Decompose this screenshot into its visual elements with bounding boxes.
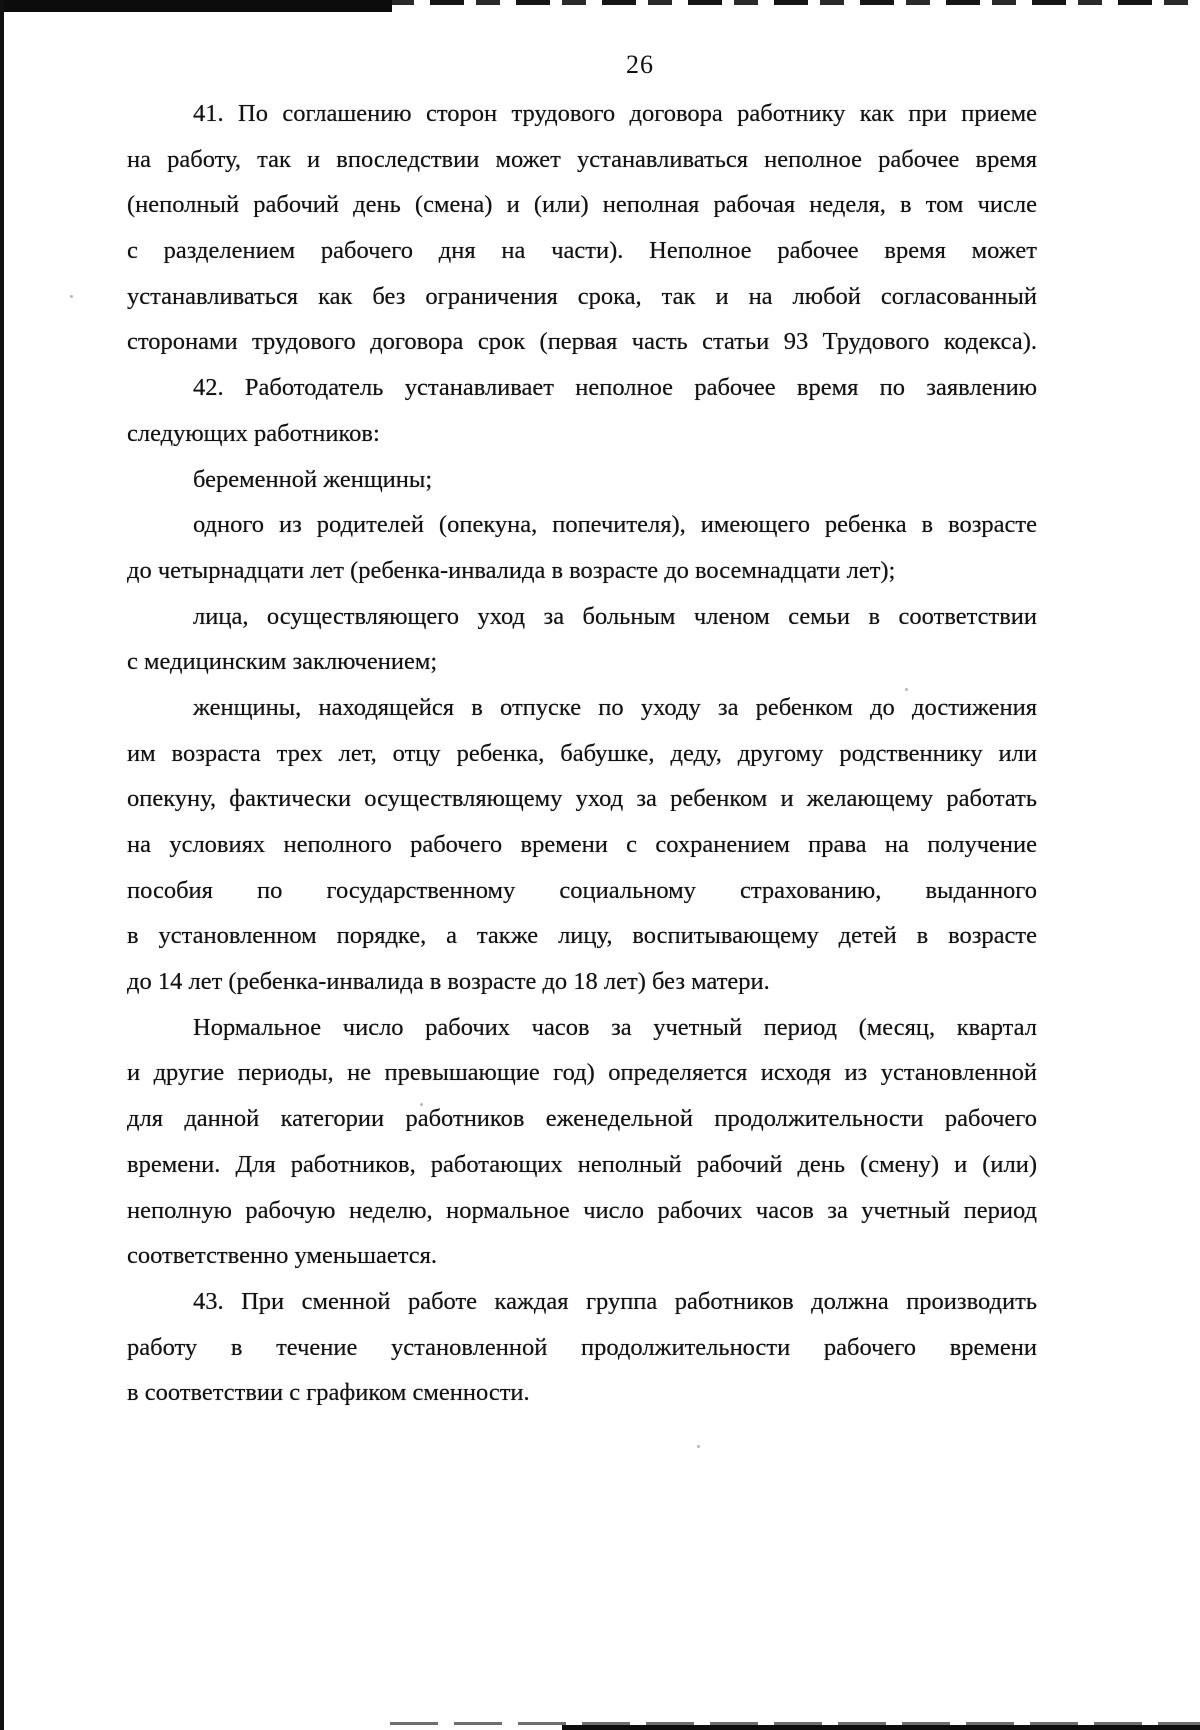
page-number: 26	[0, 50, 1200, 80]
paragraph: 42. Работодатель устанавливает неполное …	[127, 365, 1037, 456]
scan-artifact-top-dashes	[0, 0, 1200, 5]
text-line: следующих работников:	[127, 411, 1037, 457]
scan-speck	[70, 295, 73, 298]
text-line: до четырнадцати лет (ребенка-инвалида в …	[127, 548, 1037, 594]
text-line: женщины, находящейся в отпуске по уходу …	[127, 685, 1037, 731]
text-line: на условиях неполного рабочего времени с…	[127, 822, 1037, 868]
scan-artifact-top-bar	[0, 0, 392, 12]
text-line: одного из родителей (опекуна, попечителя…	[127, 502, 1037, 548]
text-line: (неполный рабочий день (смена) и (или) н…	[127, 182, 1037, 228]
scan-artifact-bottom-black-line	[562, 1725, 1200, 1730]
text-line: 41. По соглашению сторон трудового догов…	[127, 91, 1037, 137]
text-line: соответственно уменьшается.	[127, 1233, 1037, 1279]
text-line: беременной женщины;	[127, 457, 1037, 503]
paragraph: Нормальное число рабочих часов за учетны…	[127, 1005, 1037, 1279]
text-line: времени. Для работников, работающих непо…	[127, 1142, 1037, 1188]
paragraph: одного из родителей (опекуна, попечителя…	[127, 502, 1037, 593]
text-line: лица, осуществляющего уход за больным чл…	[127, 594, 1037, 640]
paragraph: женщины, находящейся в отпуске по уходу …	[127, 685, 1037, 1005]
text-line: 43. При сменной работе каждая группа раб…	[127, 1279, 1037, 1325]
paragraph: беременной женщины;	[127, 457, 1037, 503]
text-line: 42. Работодатель устанавливает неполное …	[127, 365, 1037, 411]
text-line: с медицинским заключением;	[127, 639, 1037, 685]
text-line: на работу, так и впоследствии может уста…	[127, 137, 1037, 183]
scan-artifact-bottom-gray-line	[390, 1722, 1200, 1725]
paragraph: 41. По соглашению сторон трудового догов…	[127, 91, 1037, 365]
text-line: опекуну, фактически осуществляющему уход…	[127, 776, 1037, 822]
text-line: пособия по государственному социальному …	[127, 868, 1037, 914]
paragraph: лица, осуществляющего уход за больным чл…	[127, 594, 1037, 685]
text-line: для данной категории работников еженедел…	[127, 1096, 1037, 1142]
text-line: Нормальное число рабочих часов за учетны…	[127, 1005, 1037, 1051]
text-line: в соответствии с графиком сменности.	[127, 1370, 1037, 1416]
text-line: неполную рабочую неделю, нормальное числ…	[127, 1188, 1037, 1234]
text-line: им возраста трех лет, отцу ребенка, бабу…	[127, 731, 1037, 777]
paragraph: 43. При сменной работе каждая группа раб…	[127, 1279, 1037, 1416]
text-line: и другие периоды, не превышающие год) оп…	[127, 1050, 1037, 1096]
text-line: в установленном порядке, а также лицу, в…	[127, 913, 1037, 959]
text-line: до 14 лет (ребенка-инвалида в возрасте д…	[127, 959, 1037, 1005]
document-body: 41. По соглашению сторон трудового догов…	[127, 91, 1037, 1416]
text-line: устанавливаться как без ограничения срок…	[127, 274, 1037, 320]
scan-artifact-left-line	[0, 0, 4, 1730]
text-line: с разделением рабочего дня на части). Не…	[127, 228, 1037, 274]
text-line: работу в течение установленной продолжит…	[127, 1325, 1037, 1371]
text-line: сторонами трудового договора срок (перва…	[127, 319, 1037, 365]
scanned-document-page: 26 41. По соглашению сторон трудового до…	[0, 0, 1200, 1730]
scan-speck	[697, 1445, 700, 1448]
